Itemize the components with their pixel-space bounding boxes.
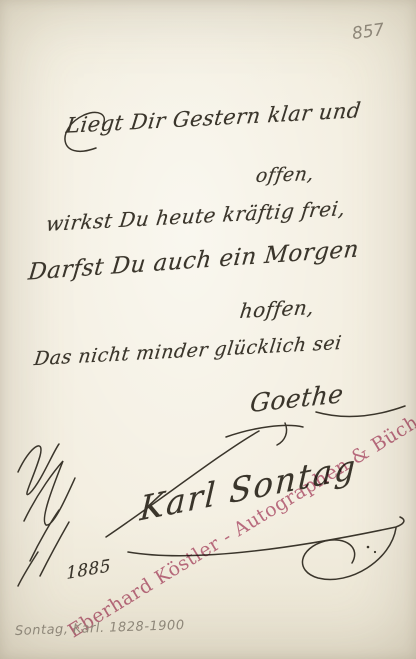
bottom-pencil-note: Sontag, Karl. 1828-1900 — [15, 618, 185, 639]
catalog-number: 857 — [351, 20, 386, 44]
date-year: 1885 — [66, 556, 111, 584]
poem-attribution-goethe: Goethe — [249, 379, 345, 418]
place-date-scrawl — [18, 552, 38, 586]
ink-dot — [374, 551, 376, 553]
poem-line-1: Liegt Dir Gestern klar und — [65, 98, 363, 138]
place-date-scrawl — [30, 510, 59, 561]
place-date-scrawl — [40, 522, 69, 576]
poem-line-3: wirkst Du heute kräftig frei, — [45, 196, 347, 236]
dealer-stamp: Eberhard Köstler - Autographen & Bücher — [64, 400, 416, 642]
manuscript-page: 857 Liegt Dir Gestern klar und offen, wi… — [0, 0, 416, 659]
signature-t-hook — [277, 423, 287, 445]
place-date-scrawl — [18, 444, 59, 495]
place-date-scrawl — [24, 461, 75, 525]
ink-dot — [367, 546, 370, 549]
signature-paraph-loop — [302, 528, 396, 579]
poem-line-2: offen, — [254, 163, 315, 187]
poem-line-5: hoffen, — [239, 295, 316, 323]
poem-line-4: Darfst Du auch ein Morgen — [27, 236, 360, 285]
signature-t-cross — [226, 425, 303, 437]
poem-line-6: Das nicht minder glücklich sei — [33, 332, 343, 370]
